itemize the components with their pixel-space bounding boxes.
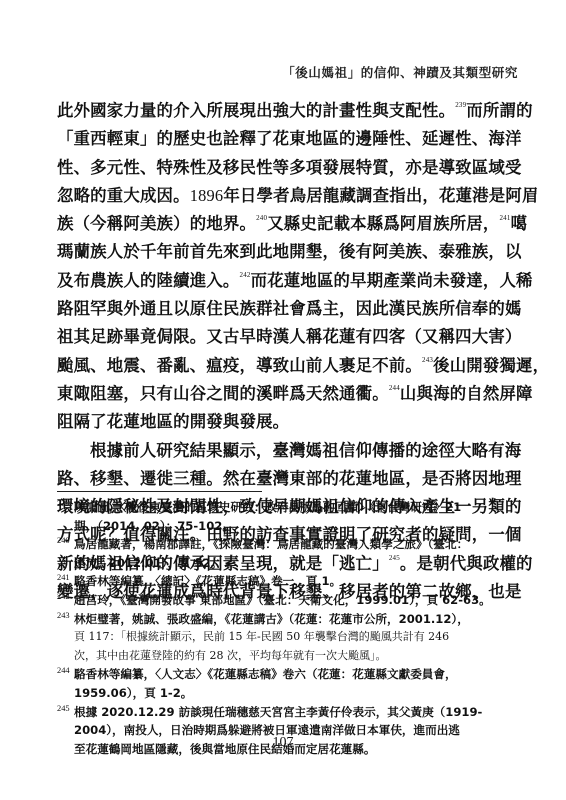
body-line: 颱風、地震、番亂、瘟疫，導致山前人裹足不前。243後山開發獨遲， [57, 352, 515, 380]
footnote-number: 245 [57, 700, 70, 719]
body-line: 路、移墾、遷徙三種。然在臺灣東部的花蓮地區，是否將因地理 [57, 465, 515, 493]
body-line: 阻隔了花蓮地區的開發與發展。 [57, 408, 515, 436]
body-line: 忽略的重大成因。1896年日學者鳥居龍藏調查指出，花蓮港是阿眉 [57, 182, 515, 210]
paragraph-start: 根據前人研究結果顯示，臺灣媽祖信仰傳播的途徑大略有海 [57, 437, 515, 465]
body-line: 性、多元性、特殊性及移民性等多項發展特質，亦是導致區域受 [57, 154, 515, 182]
footnote-ref[interactable]: 243 [422, 356, 433, 364]
footnotes: 239 陳鴻圖，〈戰後東臺灣的區域史研究：政府出版品的回顧〉《東台灣研究》21 … [57, 498, 519, 758]
footnote-number: 241 [57, 569, 70, 588]
footnote-ref[interactable]: 240 [256, 214, 267, 222]
page-number: 107 [0, 735, 566, 751]
footnote-ref[interactable]: 242 [240, 271, 251, 279]
footnote-number: 239 [57, 495, 70, 514]
body-line: 祖其足跡畢竟侷限。又古早時漢人稱花蓮有四客（又稱四大害） [57, 323, 515, 351]
footnote-242: 242 趙莒玲，《臺灣開發故事 東部地區》（臺北：天衛文化，1999.01），頁… [57, 591, 519, 610]
running-header: 「後山媽祖」的信仰、神蹟及其類型研究 [282, 63, 518, 81]
body-line: 路阻罕與外通且以原住民族群社會爲主，因此漢民族所信奉的媽 [57, 295, 515, 323]
footnote-ref[interactable]: 244 [389, 384, 400, 392]
body-line: 「重西輕東」的歷史也詮釋了花東地區的邊陲性、延遲性、海洋 [57, 125, 515, 153]
body-line: 瑪蘭族人於千年前首先來到此地開墾，後有阿美族、泰雅族，以 [57, 238, 515, 266]
footnote-244: 244 駱香林等編纂，〈人文志〉《花蓮縣志稿》卷六（花蓮：花蓮縣文獻委員會， 1… [57, 665, 519, 702]
footnote-number: 240 [57, 532, 70, 551]
footnote-divider [57, 491, 262, 492]
body-line: 及布農族人的陸續進入。242而花蓮地區的早期產業尚未發達，人稀 [57, 267, 515, 295]
footnote-number: 244 [57, 662, 70, 681]
footnote-number: 243 [57, 607, 70, 626]
footnote-241: 241 駱香林等編纂，〈總記〉《花蓮縣志稿》卷一，頁 1。 [57, 572, 519, 591]
footnote-243: 243 林炬璧著，姚誠、張政盛編，《花蓮講古》（花蓮：花蓮市公所，2001.12… [57, 610, 519, 666]
body-line: 此外國家力量的介入所展現出強大的計畫性與支配性。239而所謂的 [57, 97, 515, 125]
body-line: 東陬阻塞，只有山谷之間的溪畔爲天然通衢。244山與海的自然屏障 [57, 380, 515, 408]
footnote-number: 242 [57, 588, 70, 607]
footnote-ref[interactable]: 241 [499, 214, 510, 222]
footnote-ref[interactable]: 239 [455, 101, 466, 109]
body-line: 族（今稱阿美族）的地界。240又縣史記載本縣爲阿眉族所居，241噶 [57, 210, 515, 238]
footnote-240: 240 鳥居龍藏著，楊南郡譯註，《探險臺灣：鳥居龍藏的臺灣人類學之旅》（臺北： … [57, 535, 519, 572]
footnote-239: 239 陳鴻圖，〈戰後東臺灣的區域史研究：政府出版品的回顧〉《東台灣研究》21 … [57, 498, 519, 535]
